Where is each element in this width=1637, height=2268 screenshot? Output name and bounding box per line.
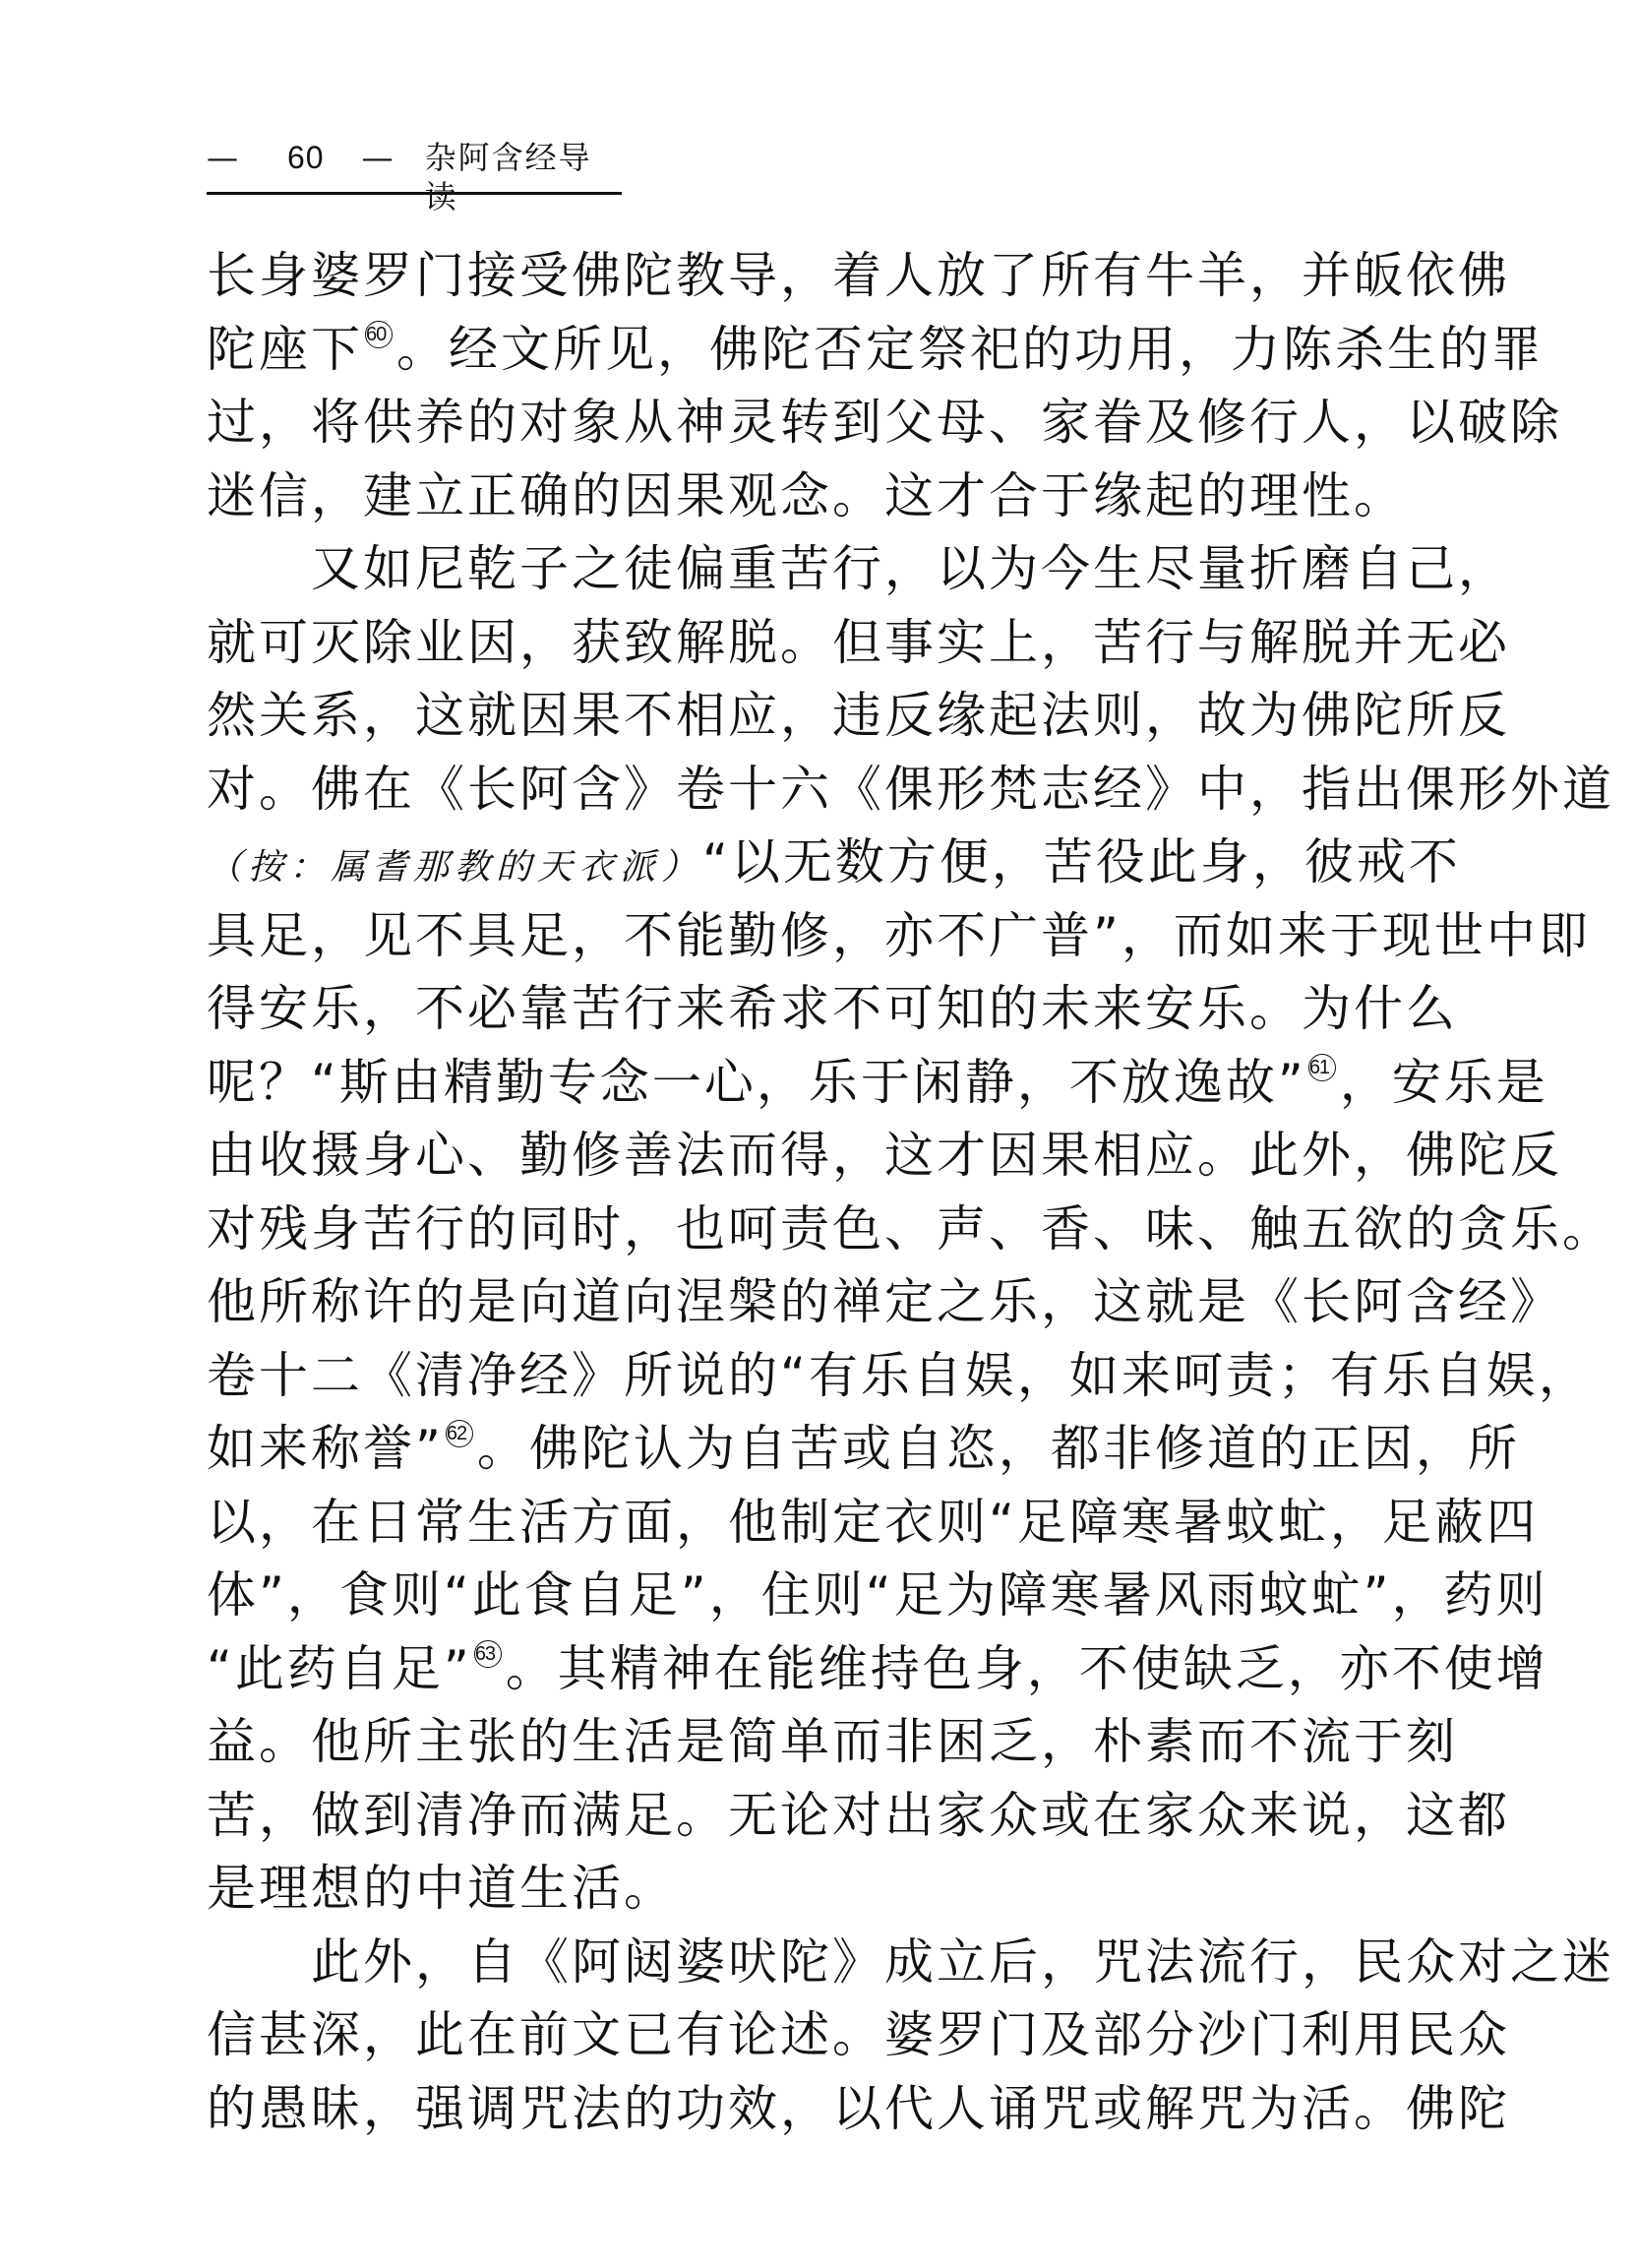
line-segment: ，安乐是: [1340, 1054, 1548, 1111]
line-segment: “此药自足”: [207, 1640, 472, 1697]
line-segment: 呢？“斯由精勤专念一心，乐于闲静，不放逸故”: [207, 1054, 1306, 1111]
text-line: 然关系，这就因果不相应，违反缘起法则，故为佛陀所反: [207, 679, 1426, 753]
paragraph-3: 此外，自《阿闼婆吠陀》成立后，咒法流行，民众对之迷 信甚深，此在前文已有论述。婆…: [207, 1926, 1426, 2146]
text-line: 此外，自《阿闼婆吠陀》成立后，咒法流行，民众对之迷: [207, 1926, 1426, 1999]
text-line: 就可灭除业因，获致解脱。但事实上，苦行与解脱并无必: [207, 606, 1426, 680]
header-dash-left: —: [207, 138, 236, 177]
text-line: 得安乐，不必靠苦行来希求不可知的未来安乐。为什么: [207, 972, 1426, 1046]
text-line: 他所称许的是向道向涅槃的禅定之乐，这就是《长阿含经》: [207, 1265, 1426, 1339]
text-line: 具足，见不具足，不能勤修，亦不广普”，而如来于现世中即: [207, 899, 1426, 973]
text-line: 陀座下60。经文所见，佛陀否定祭祀的功用，力陈杀生的罪: [207, 313, 1426, 387]
text-line: 信甚深，此在前文已有论述。婆罗门及部分沙门利用民众: [207, 1998, 1426, 2072]
running-head: — 60 — 杂阿含经导读: [207, 138, 622, 195]
text-line: 如来称誉”62。佛陀认为自苦或自恣，都非修道的正因，所: [207, 1412, 1426, 1486]
text-line: 体”，食则“此食自足”，住则“足为障寒暑风雨蚊虻”，药则: [207, 1559, 1426, 1632]
text-line: （按：属耆那教的天衣派）“以无数方便，苦役此身，彼戒不: [207, 826, 1426, 899]
text-line: 又如尼乾子之徒偏重苦行，以为今生尽量折磨自己，: [207, 532, 1426, 606]
text-line: 对。佛在《长阿含》卷十六《倮形梵志经》中，指出倮形外道: [207, 753, 1426, 827]
line-segment: 。佛陀认为自苦或自恣，都非修道的正因，所: [477, 1420, 1520, 1477]
text-line: “此药自足”63。其精神在能维持色身，不使缺乏，亦不使增: [207, 1632, 1426, 1706]
paragraph-2: 又如尼乾子之徒偏重苦行，以为今生尽量折磨自己， 就可灭除业因，获致解脱。但事实上…: [207, 532, 1426, 1926]
book-title: 杂阿含经导读: [425, 138, 622, 216]
text-line: 以，在日常生活方面，他制定衣则“足障寒暑蚊虻，足蔽四: [207, 1486, 1426, 1560]
header-dash-right: —: [362, 138, 392, 177]
text-line: 益。他所主张的生活是简单而非困乏，朴素而不流于刻: [207, 1705, 1426, 1779]
book-page: — 60 — 杂阿含经导读 长身婆罗门接受佛陀教导，着人放了所有牛羊，并皈依佛 …: [0, 0, 1637, 2268]
page-number: 60: [287, 138, 325, 177]
text-line: 由收摄身心、勤修善法而得，这才因果相应。此外，佛陀反: [207, 1119, 1426, 1193]
text-line: 的愚昧，强调咒法的功效，以代人诵咒或解咒为活。佛陀: [207, 2072, 1426, 2146]
text-line: 是理想的中道生活。: [207, 1852, 1426, 1926]
text-line: 过，将供养的对象从神灵转到父母、家眷及修行人，以破除: [207, 386, 1426, 460]
text-line: 卷十二《清净经》所说的“有乐自娱，如来呵责；有乐自娱，: [207, 1339, 1426, 1413]
text-line: 对残身苦行的同时，也呵责色、声、香、味、触五欲的贪乐。: [207, 1193, 1426, 1266]
body-text: 长身婆罗门接受佛陀教导，着人放了所有牛羊，并皈依佛 陀座下60。经文所见，佛陀否…: [207, 239, 1426, 2145]
text-line: 迷信，建立正确的因果观念。这才合于缘起的理性。: [207, 460, 1426, 533]
parenthetical-note: （按：属耆那教的天衣派）: [207, 847, 702, 888]
footnote-marker-63[interactable]: 63: [474, 1640, 502, 1668]
line-segment: 。其精神在能维持色身，不使缺乏，亦不使增: [506, 1640, 1548, 1697]
line-segment: 。经文所见，佛陀否定祭祀的功用，力陈杀生的罪: [396, 321, 1544, 378]
line-segment: 如来称誉”: [207, 1420, 444, 1477]
text-line: 苦，做到清净而满足。无论对出家众或在家众来说，这都: [207, 1779, 1426, 1853]
line-segment: 陀座下: [207, 321, 363, 378]
footnote-marker-61[interactable]: 61: [1308, 1054, 1336, 1081]
footnote-marker-60[interactable]: 60: [365, 321, 393, 348]
text-line: 长身婆罗门接受佛陀教导，着人放了所有牛羊，并皈依佛: [207, 239, 1426, 313]
line-segment: “以无数方便，苦役此身，彼戒不: [702, 833, 1461, 890]
text-line: 呢？“斯由精勤专念一心，乐于闲静，不放逸故”61，安乐是: [207, 1046, 1426, 1120]
paragraph-1: 长身婆罗门接受佛陀教导，着人放了所有牛羊，并皈依佛 陀座下60。经文所见，佛陀否…: [207, 239, 1426, 532]
footnote-marker-62[interactable]: 62: [446, 1420, 473, 1447]
